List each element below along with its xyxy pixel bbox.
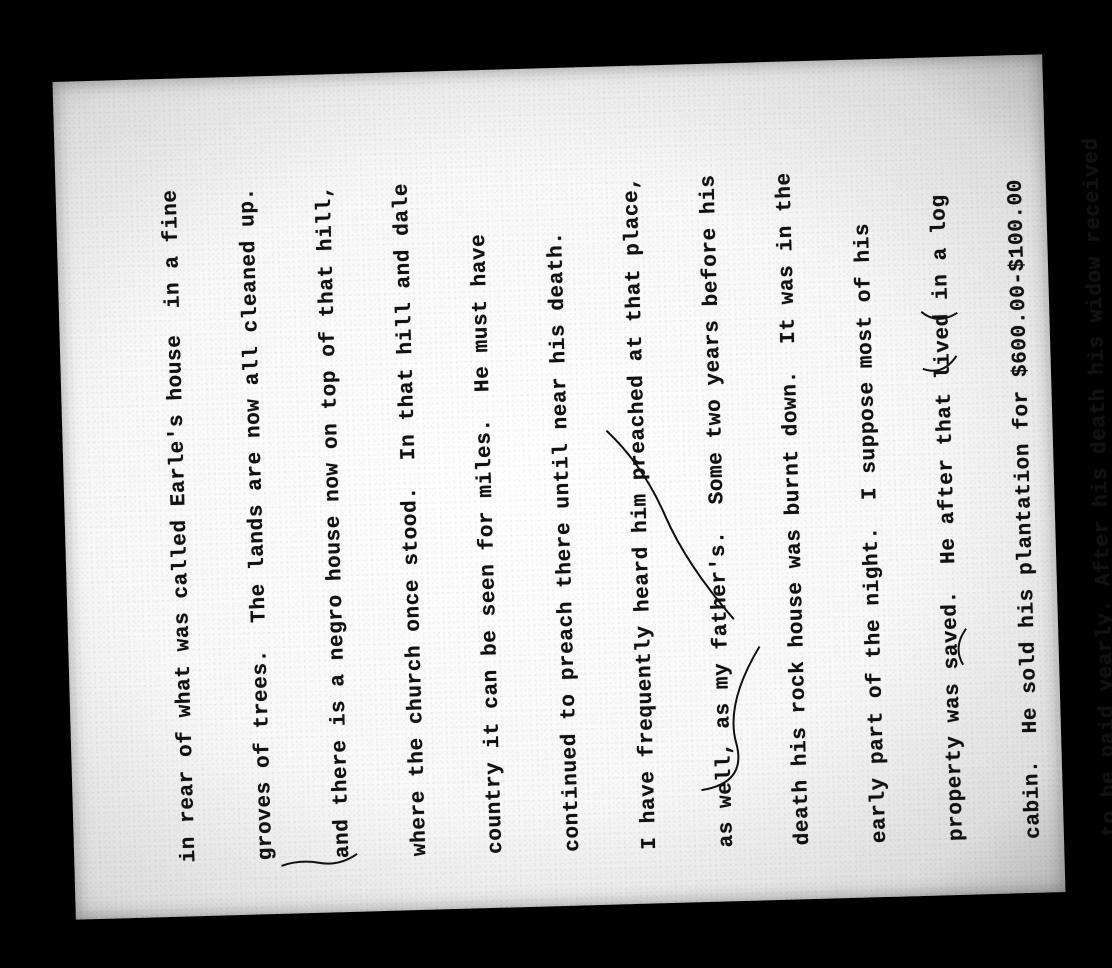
text-line: in rear of what was called Earle's house… xyxy=(157,122,203,862)
pen-mark-curl xyxy=(920,352,961,377)
text-line: early part of the night. I suppose most … xyxy=(848,103,894,843)
text-line: death his rock house was burnt down. It … xyxy=(771,105,817,845)
paper-page: in rear of what was called Earle's house… xyxy=(52,54,1065,919)
text-line: and there is a negro house now on top of… xyxy=(310,118,356,858)
text-line: groves of trees. The lands are now all c… xyxy=(234,120,280,860)
scanned-document: in rear of what was called Earle's house… xyxy=(0,0,1112,968)
pen-mark-line xyxy=(693,642,767,794)
text-line: continued to preach there until near his… xyxy=(541,112,587,852)
pen-mark-curl xyxy=(919,307,960,328)
text-line: to be paid yearly. After his death his w… xyxy=(1078,97,1112,837)
pen-mark-line xyxy=(602,423,738,627)
text-line: cabin. He sold his plantation for $600.0… xyxy=(1001,99,1047,839)
text-line: country it can be seen for miles. He mus… xyxy=(464,114,510,854)
text-line: property was saved. He after that lived … xyxy=(924,101,970,841)
text-line: where the church once stood. In that hil… xyxy=(387,116,433,856)
pen-mark-scratch xyxy=(279,844,360,876)
pen-mark-curl xyxy=(948,627,973,668)
